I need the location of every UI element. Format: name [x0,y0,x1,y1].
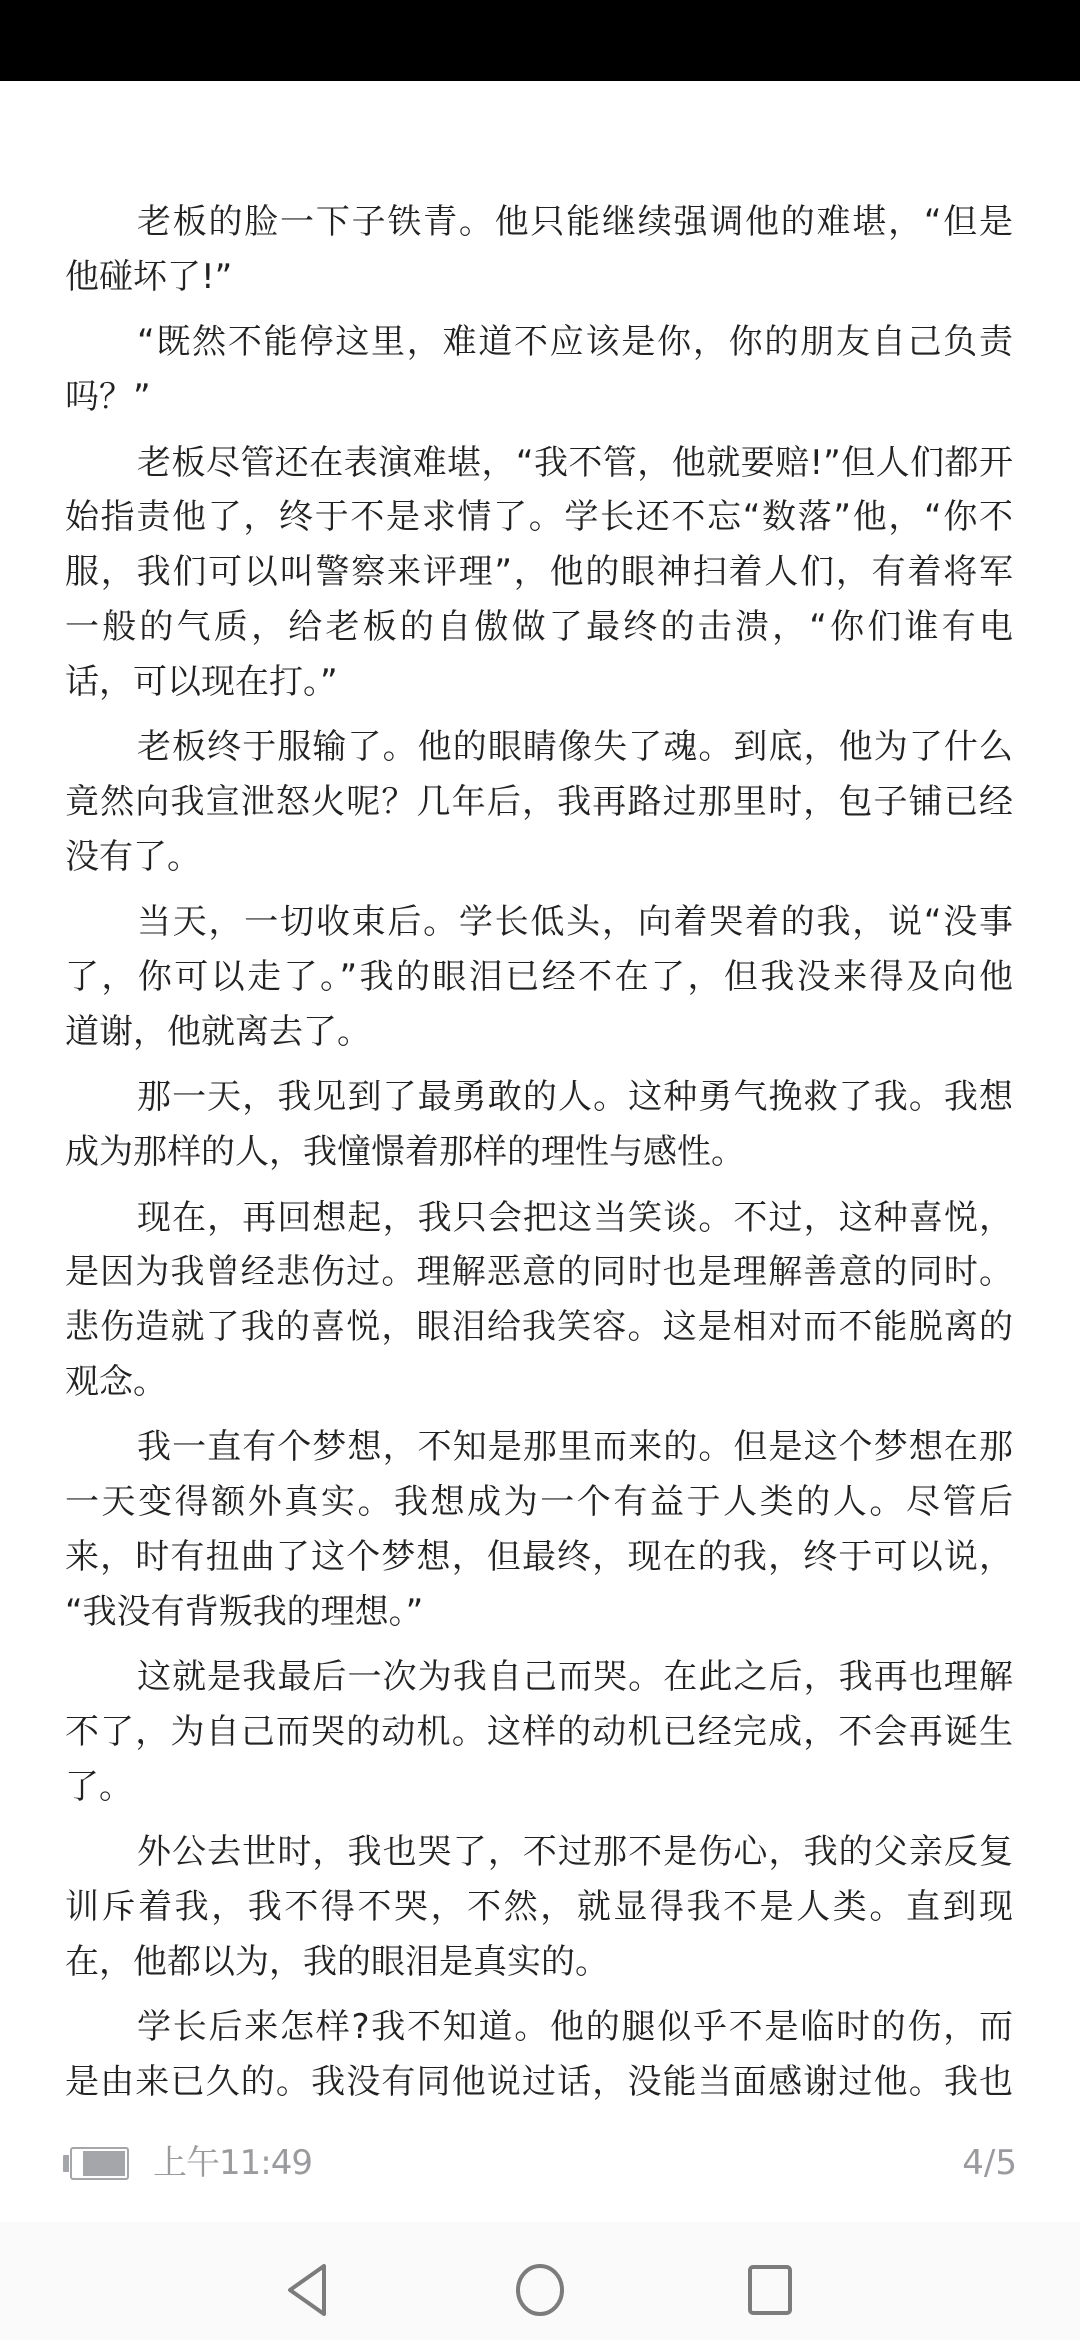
paragraph: 外公去世时，我也哭了，不过那不是伤心，我的父亲反复训斥着我，我不得不哭，不然，就… [65,1825,1013,1989]
recents-square-icon [746,2264,794,2316]
text-line: 吗？” [65,370,1013,425]
text-line: 老板尽管还在表演难堪，“我不管，他就要赔!”但人们都开 [65,436,1013,491]
page-indicator: 4/5 [962,2142,1017,2184]
text-line: 在，他都以为，我的眼泪是真实的。 [65,1935,1013,1990]
text-line: 这就是我最后一次为我自己而哭。在此之后，我再也理解 [65,1650,1013,1705]
text-line: 现在，再回想起，我只会把这当笑谈。不过，这种喜悦， [65,1191,1013,1246]
text-line: 他碰坏了!” [65,250,1013,305]
text-line: 训斥着我，我不得不哭，不然，就显得我不是人类。直到现 [65,1880,1013,1935]
text-line: 没有了。 [65,830,1013,885]
text-line: 不了，为自己而哭的动机。这样的动机已经完成，不会再诞生 [65,1705,1013,1760]
text-line: 那一天，我见到了最勇敢的人。这种勇气挽救了我。我想 [65,1070,1013,1125]
system-navigation-bar [0,2222,1080,2340]
text-line: 学长后来怎样?我不知道。他的腿似乎不是临时的伤，而 [65,2000,1013,2055]
paragraph: 那一天，我见到了最勇敢的人。这种勇气挽救了我。我想成为那样的人，我憧憬着那样的理… [65,1070,1013,1179]
paragraph: “既然不能停这里，难道不应该是你，你的朋友自己负责吗？” [65,315,1013,424]
paragraph: 老板尽管还在表演难堪，“我不管，他就要赔!”但人们都开始指责他了，终于不是求情了… [65,436,1013,709]
paragraph: 老板终于服输了。他的眼睛像失了魂。到底，他为了什么竟然向我宣泄怒火呢？几年后，我… [65,720,1013,884]
back-triangle-icon [286,2263,330,2317]
text-line: 话，可以现在打。” [65,655,1013,710]
paragraph: 当天，一切收束后。学长低头，向着哭着的我，说“没事了，你可以走了。”我的眼泪已经… [65,895,1013,1059]
reader-page-content[interactable]: 老板的脸一下子铁青。他只能继续强调他的难堪，“但是他碰坏了!”“既然不能停这里，… [65,195,1013,2121]
text-line: “既然不能停这里，难道不应该是你，你的朋友自己负责 [65,315,1013,370]
text-line: 是由来已久的。我没有同他说过话，没能当面感谢过他。我也 [65,2055,1013,2110]
text-line: 是因为我曾经悲伤过。理解恶意的同时也是理解善意的同时。 [65,1245,1013,1300]
battery-icon [63,2147,129,2180]
text-line: 一般的气质，给老板的自傲做了最终的击溃，“你们谁有电 [65,600,1013,655]
text-line: 来，时有扭曲了这个梦想，但最终，现在的我，终于可以说， [65,1530,1013,1585]
text-line: 我一直有个梦想，不知是那里而来的。但是这个梦想在那 [65,1420,1013,1475]
text-line: 外公去世时，我也哭了，不过那不是伤心，我的父亲反复 [65,1825,1013,1880]
paragraph: 现在，再回想起，我只会把这当笑谈。不过，这种喜悦，是因为我曾经悲伤过。理解恶意的… [65,1191,1013,1410]
text-line: 始指责他了，终于不是求情了。学长还不忘“数落”他，“你不 [65,490,1013,545]
text-line: 当天，一切收束后。学长低头，向着哭着的我，说“没事 [65,895,1013,950]
text-line: “我没有背叛我的理想。” [65,1585,1013,1640]
text-line: 服，我们可以叫警察来评理”，他的眼神扫着人们，有着将军 [65,545,1013,600]
home-button[interactable] [512,2262,568,2318]
recents-button[interactable] [742,2262,798,2318]
text-line: 道谢，他就离去了。 [65,1005,1013,1060]
text-line: 一天变得额外真实。我想成为一个有益于人类的人。尽管后 [65,1475,1013,1530]
text-line: 老板终于服输了。他的眼睛像失了魂。到底，他为了什么 [65,720,1013,775]
text-line: 悲伤造就了我的喜悦，眼泪给我笑容。这是相对而不能脱离的 [65,1300,1013,1355]
system-status-bar [0,0,1080,81]
paragraph: 这就是我最后一次为我自己而哭。在此之后，我再也理解不了，为自己而哭的动机。这样的… [65,1650,1013,1814]
text-line: 竟然向我宣泄怒火呢？几年后，我再路过那里时，包子铺已经 [65,775,1013,830]
reader-footer: 上午11:49 4/5 [0,2138,1080,2188]
text-line: 老板的脸一下子铁青。他只能继续强调他的难堪，“但是 [65,195,1013,250]
paragraph: 我一直有个梦想，不知是那里而来的。但是这个梦想在那一天变得额外真实。我想成为一个… [65,1420,1013,1639]
text-line: 观念。 [65,1355,1013,1410]
text-line: 了。 [65,1760,1013,1815]
paragraph: 老板的脸一下子铁青。他只能继续强调他的难堪，“但是他碰坏了!” [65,195,1013,304]
home-circle-icon [514,2263,566,2317]
clock-time: 上午11:49 [153,2142,312,2184]
text-line: 成为那样的人，我憧憬着那样的理性与感性。 [65,1125,1013,1180]
back-button[interactable] [280,2262,336,2318]
paragraph: 学长后来怎样?我不知道。他的腿似乎不是临时的伤，而是由来已久的。我没有同他说过话… [65,2000,1013,2109]
text-line: 了，你可以走了。”我的眼泪已经不在了，但我没来得及向他 [65,950,1013,1005]
